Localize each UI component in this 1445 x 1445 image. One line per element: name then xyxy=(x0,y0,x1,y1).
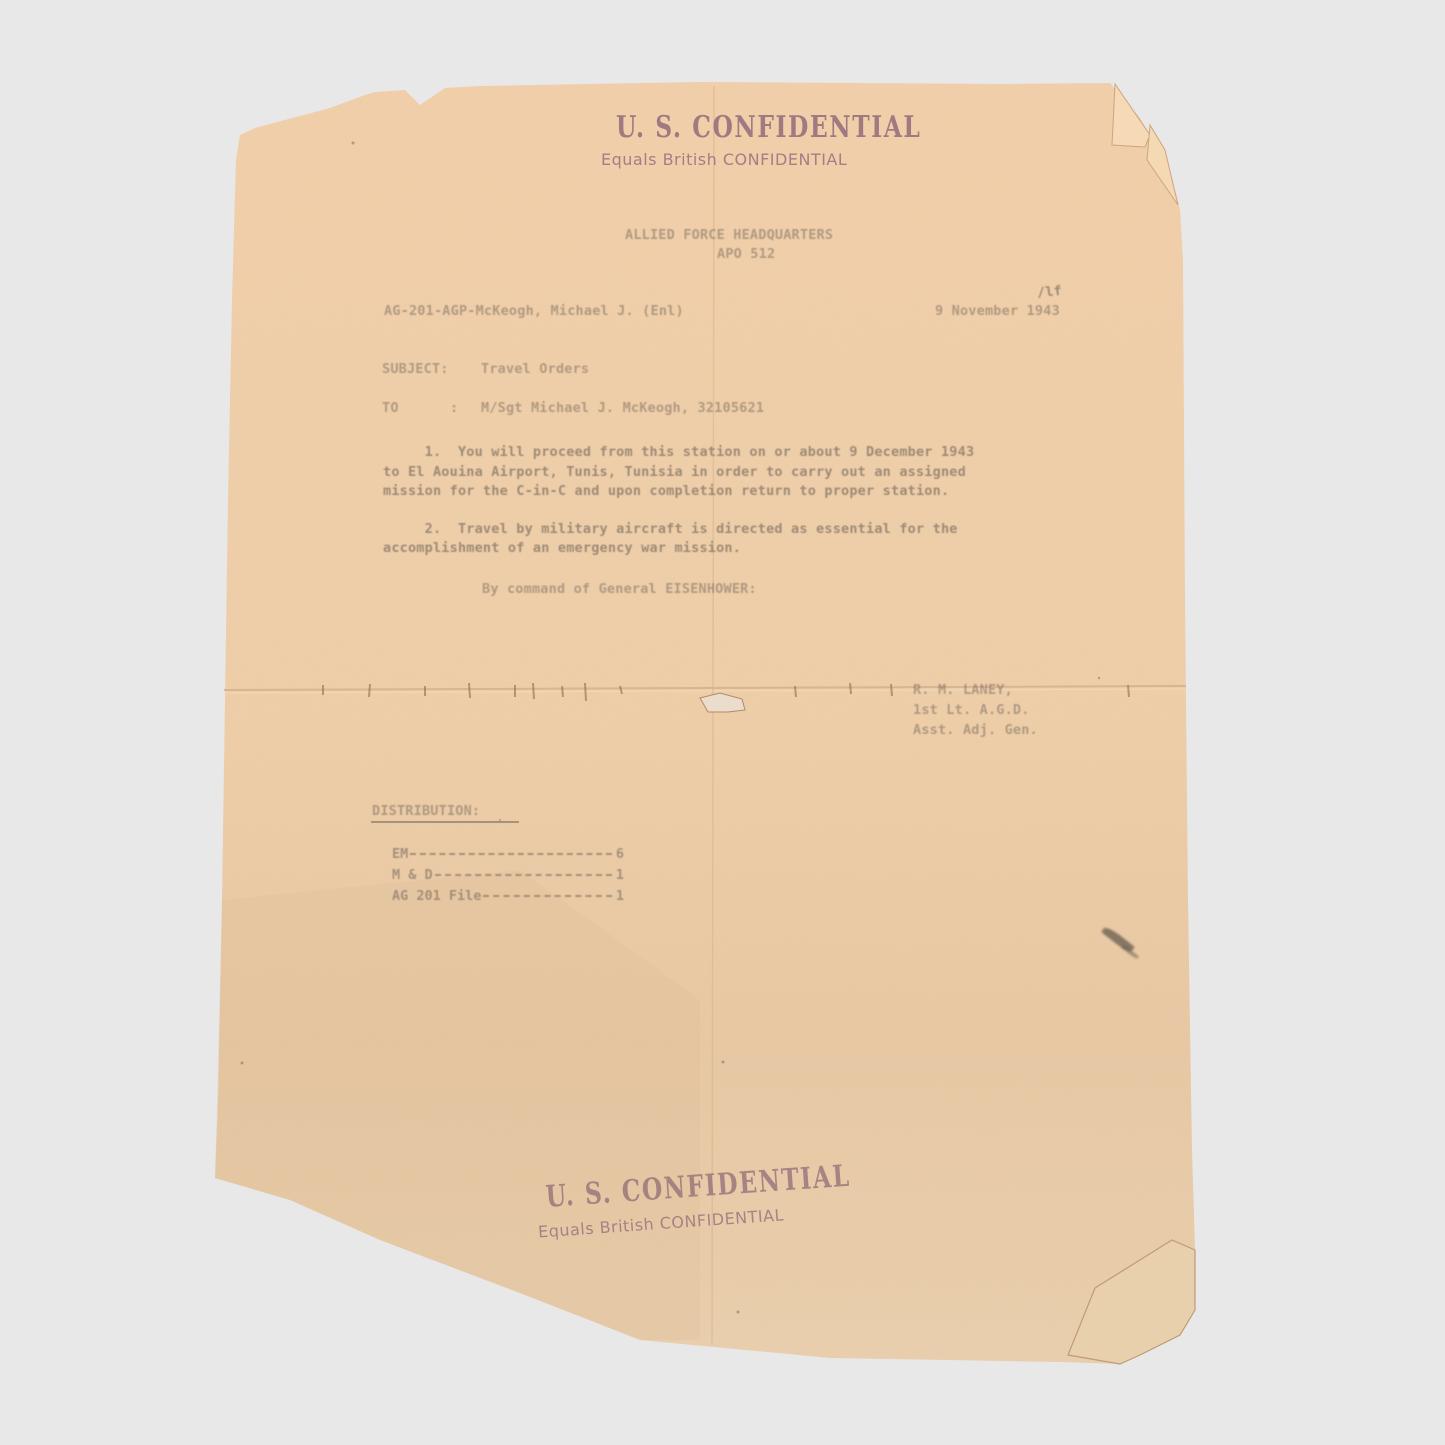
subject-value: Travel Orders xyxy=(481,361,589,377)
to-value: M/Sgt Michael J. McKeogh, 32105621 xyxy=(481,400,764,416)
distribution-recipient: EM xyxy=(392,846,408,862)
subject-label: SUBJECT: xyxy=(382,361,449,377)
distribution-recipient: AG 201 File xyxy=(392,888,481,904)
command-line: By command of General EISENHOWER: xyxy=(482,581,757,597)
paragraph-2-line: accomplishment of an emergency war missi… xyxy=(383,540,741,556)
typist-initials: /lf xyxy=(1036,283,1063,302)
leader-dashes xyxy=(435,874,612,876)
paragraph-1-line: to El Aouina Airport, Tunis, Tunisia in … xyxy=(383,464,966,480)
leader-dashes xyxy=(410,853,612,855)
distribution-recipient: M & D xyxy=(392,867,433,883)
paragraph-2-line: 2. Travel by military aircraft is direct… xyxy=(383,521,958,537)
distribution-row: EM 6 xyxy=(392,846,624,862)
letterhead-line1: ALLIED FORCE HEADQUARTERS xyxy=(625,227,833,243)
distribution-count: 1 xyxy=(614,888,624,904)
signature-rank: 1st Lt. A.G.D. xyxy=(913,702,1030,718)
distribution-row: AG 201 File 1 xyxy=(392,888,624,904)
letterhead-line2: APO 512 xyxy=(717,246,775,262)
distribution-underline xyxy=(371,821,519,823)
distribution-heading: DISTRIBUTION: xyxy=(372,803,480,819)
top-stamp-subtitle: Equals British CONFIDENTIAL xyxy=(601,150,847,169)
top-stamp-title: U. S. CONFIDENTIAL xyxy=(616,110,921,145)
leader-dashes xyxy=(483,895,612,897)
to-label: TO xyxy=(382,400,399,416)
signature-name: R. M. LANEY, xyxy=(913,682,1013,698)
distribution-count: 1 xyxy=(614,867,624,883)
paragraph-1-line: 1. You will proceed from this station on… xyxy=(383,444,974,460)
signature-title: Asst. Adj. Gen. xyxy=(913,722,1038,738)
paragraph-1-line: mission for the C-in-C and upon completi… xyxy=(383,483,949,499)
to-colon: : xyxy=(450,400,458,416)
file-reference: AG-201-AGP-McKeogh, Michael J. (Enl) xyxy=(384,303,684,319)
distribution-count: 6 xyxy=(614,846,624,862)
document-content: U. S. CONFIDENTIAL Equals British CONFID… xyxy=(0,0,1445,1445)
distribution-row: M & D 1 xyxy=(392,867,624,883)
bottom-stamp-title: U. S. CONFIDENTIAL xyxy=(545,1159,852,1215)
document-date: 9 November 1943 xyxy=(935,303,1060,319)
